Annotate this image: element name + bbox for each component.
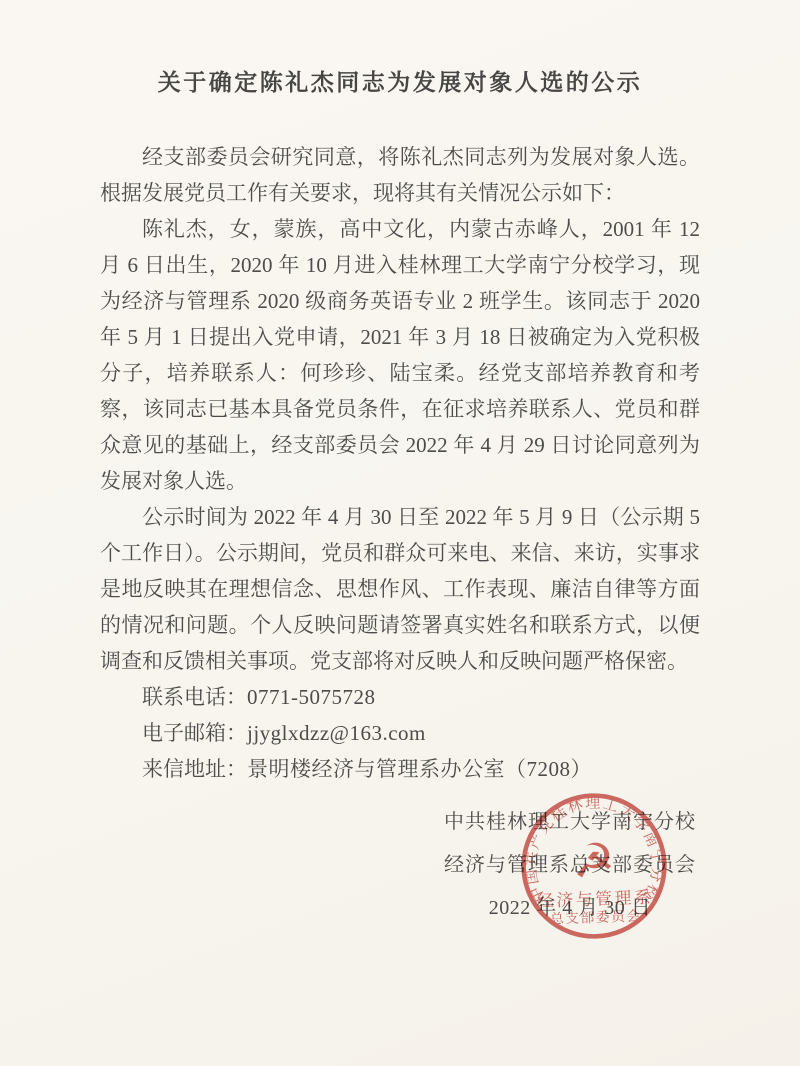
document-title: 关于确定陈礼杰同志为发展对象人选的公示 [0,64,800,97]
contact-address-line: 来信地址：景明楼经济与管理系办公室（7208） [100,751,700,787]
scanned-document-page: 关于确定陈礼杰同志为发展对象人选的公示 经支部委员会研究同意，将陈礼杰同志列为发… [0,0,800,1066]
contact-email-label: 电子邮箱： [142,721,247,745]
signature-org-line1: 中共桂林理工大学南宁分校 [440,801,700,844]
paragraph-candidate-info: 陈礼杰，女，蒙族，高中文化，内蒙古赤峰人，2001 年 12 月 6 日出生，2… [100,211,700,499]
contact-phone-label: 联系电话： [142,685,247,709]
paragraph-intro: 经支部委员会研究同意，将陈礼杰同志列为发展对象人选。根据发展党员工作有关要求，现… [100,139,700,211]
signature-block: 中共桂林理工大学南宁分校 经济与管理系总支部委员会 2022 年 4 月 30 … [440,801,700,930]
contact-phone-value: 0771-5075728 [247,685,376,709]
contact-email-value: jjyglxdzz@163.com [247,721,426,745]
document-body: 经支部委员会研究同意，将陈礼杰同志列为发展对象人选。根据发展党员工作有关要求，现… [100,139,700,787]
paragraph-publicity-period: 公示时间为 2022 年 4 月 30 日至 2022 年 5 月 9 日（公示… [100,499,700,679]
contact-email-line: 电子邮箱：jjyglxdzz@163.com [100,715,700,751]
contact-address-label: 来信地址： [142,757,247,781]
contact-phone-line: 联系电话：0771-5075728 [100,679,700,715]
signature-org-line2: 经济与管理系总支部委员会 [440,844,700,887]
signature-date: 2022 年 4 月 30 日 [440,887,700,930]
contact-address-value: 景明楼经济与管理系办公室（7208） [247,757,592,781]
